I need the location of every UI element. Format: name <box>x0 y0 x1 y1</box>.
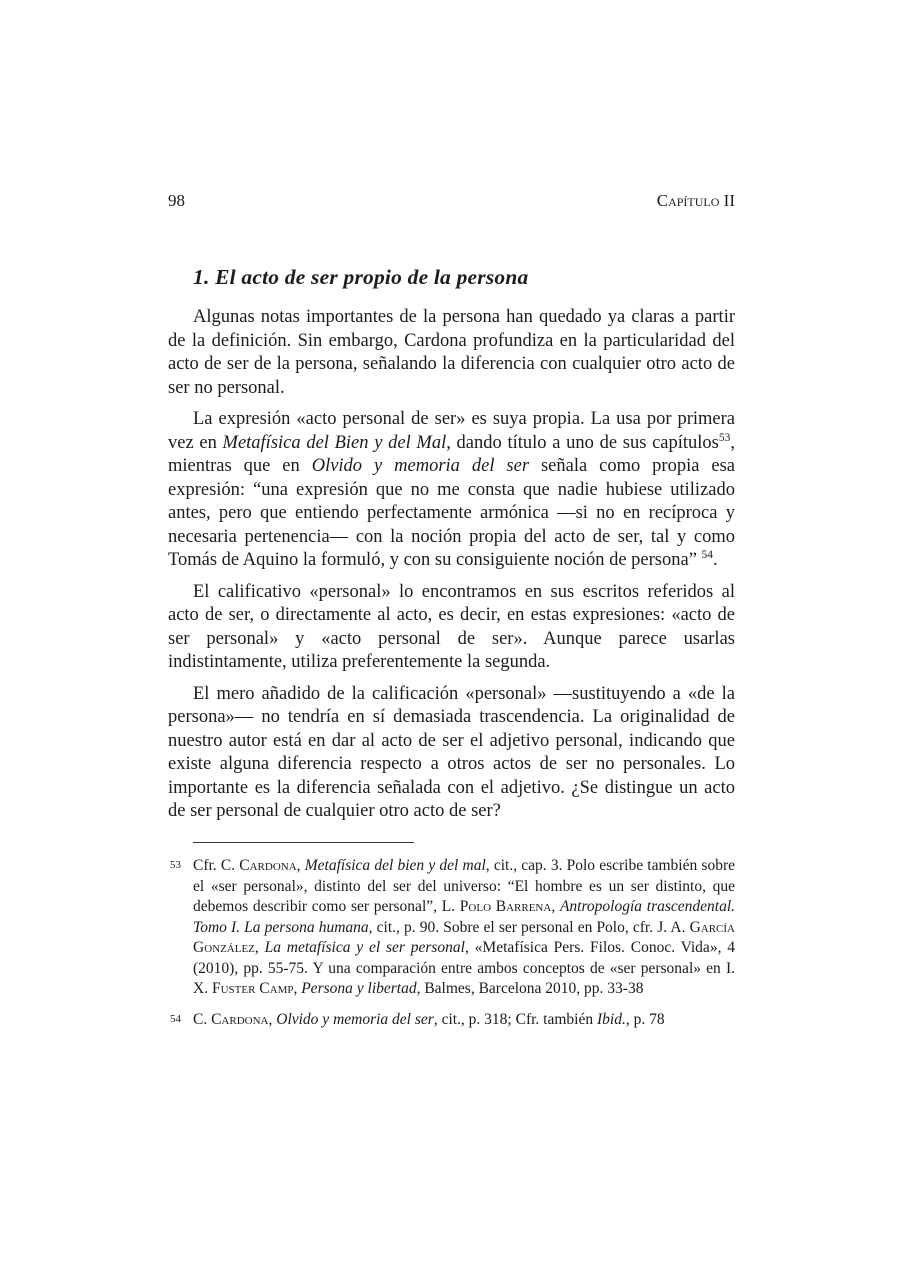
document-page: 98 Capítulo II 1. El acto de ser propio … <box>0 0 905 1280</box>
footnote-separator <box>193 842 414 843</box>
page-number: 98 <box>168 191 185 211</box>
footnote-marker: 54 <box>170 1009 181 1030</box>
footnote-53: 53 Cfr. C. Cardona, Metafísica del bien … <box>168 856 735 1000</box>
footnote-marker: 53 <box>170 855 181 876</box>
body-paragraph-1: Algunas notas importantes de la persona … <box>168 306 735 400</box>
chapter-running-head: Capítulo II <box>657 191 735 211</box>
body-paragraph-2: La expresión «acto personal de ser» es s… <box>168 408 735 573</box>
body-paragraph-4: El mero añadido de la calificación «pers… <box>168 683 735 824</box>
body-text: Algunas notas importantes de la persona … <box>168 306 735 832</box>
body-paragraph-3: El calificativo «personal» lo encontramo… <box>168 581 735 675</box>
footnote-54: 54 C. Cardona, Olvido y memoria del ser,… <box>168 1010 735 1031</box>
footnotes-section: 53 Cfr. C. Cardona, Metafísica del bien … <box>168 842 735 1040</box>
section-title: 1. El acto de ser propio de la persona <box>193 265 735 290</box>
footnote-text: C. Cardona, Olvido y memoria del ser, ci… <box>193 1011 665 1028</box>
footnote-text: Cfr. C. Cardona, Metafísica del bien y d… <box>193 857 735 997</box>
page-header: 98 Capítulo II <box>168 191 735 211</box>
